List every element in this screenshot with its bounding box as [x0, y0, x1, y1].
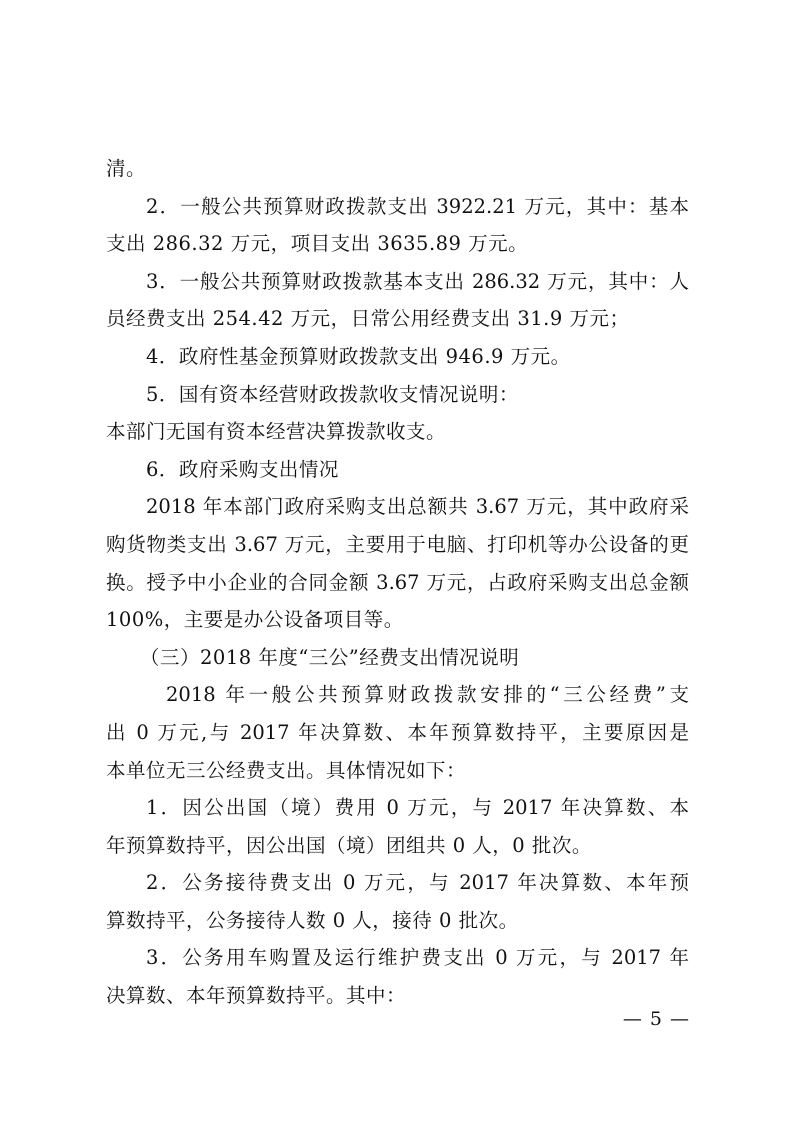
text-line: 年预算数持平，因公出国（境）团组共 0 人，0 批次。: [106, 827, 689, 865]
text-line: 出 0 万元,与 2017 年决算数、本年预算数持平，主要原因是: [106, 714, 689, 752]
text-line: 1．因公出国（境）费用 0 万元，与 2017 年决算数、本: [106, 789, 689, 827]
text-line: （三）2018 年度“三公”经费支出情况说明: [106, 639, 689, 677]
text-line: 3．公务用车购置及运行维护费支出 0 万元，与 2017 年: [106, 939, 689, 977]
text-line: 购货物类支出 3.67 万元，主要用于电脑、打印机等办公设备的更: [106, 526, 689, 564]
text-line: 2．一般公共预算财政拨款支出 3922.21 万元，其中：基本: [106, 188, 689, 226]
document-page: 清。2．一般公共预算财政拨款支出 3922.21 万元，其中：基本支出 286.…: [0, 0, 793, 1122]
text-line: 2．公务接待费支出 0 万元，与 2017 年决算数、本年预: [106, 864, 689, 902]
text-line: 算数持平，公务接待人数 0 人，接待 0 批次。: [106, 902, 689, 940]
text-line: 换。授予中小企业的合同金额 3.67 万元，占政府采购支出总金额: [106, 564, 689, 602]
text-line: 2018 年一般公共预算财政拨款安排的“三公经费”支: [106, 676, 689, 714]
document-body: 清。2．一般公共预算财政拨款支出 3922.21 万元，其中：基本支出 286.…: [106, 150, 689, 1015]
text-line: 本部门无国有资本经营决算拨款收支。: [106, 413, 689, 451]
text-line: 决算数、本年预算数持平。其中：: [106, 977, 689, 1015]
text-line: 清。: [106, 150, 689, 188]
text-line: 100%，主要是办公设备项目等。: [106, 601, 689, 639]
page-number: — 5 —: [623, 1005, 690, 1033]
text-line: 2018 年本部门政府采购支出总额共 3.67 万元，其中政府采: [106, 488, 689, 526]
text-line: 员经费支出 254.42 万元，日常公用经费支出 31.9 万元；: [106, 300, 689, 338]
text-line: 5．国有资本经营财政拨款收支情况说明：: [106, 376, 689, 414]
text-line: 4．政府性基金预算财政拨款支出 946.9 万元。: [106, 338, 689, 376]
text-line: 支出 286.32 万元，项目支出 3635.89 万元。: [106, 225, 689, 263]
text-line: 本单位无三公经费支出。具体情况如下：: [106, 752, 689, 790]
text-line: 3．一般公共预算财政拨款基本支出 286.32 万元，其中：人: [106, 263, 689, 301]
text-line: 6．政府采购支出情况: [106, 451, 689, 489]
